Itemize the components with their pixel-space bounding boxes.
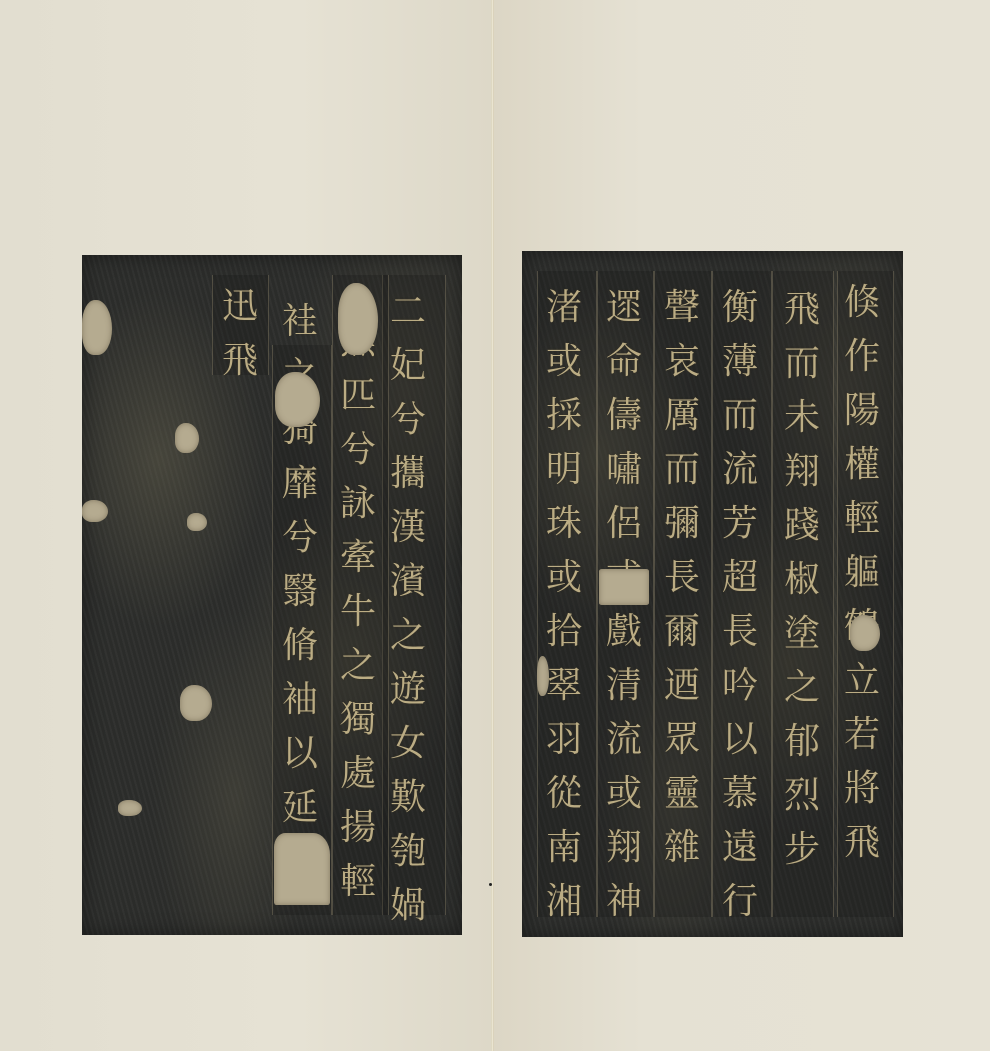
character: 雜 — [664, 821, 700, 875]
character: 翔 — [784, 445, 820, 499]
text-column-6: 渚 或 採 明 珠 或 拾 翠 羽 從 南 湘 — [546, 281, 582, 929]
character: 遊 — [390, 663, 426, 717]
character: 吟 — [722, 659, 758, 713]
character: 靡 — [282, 457, 318, 511]
damage-patch — [338, 283, 378, 355]
character: 採 — [546, 389, 582, 443]
character: 媧 — [390, 879, 426, 933]
damage-patch — [850, 615, 880, 651]
character: 超 — [722, 551, 758, 605]
text-column-4: 迅 飛 — [222, 280, 258, 388]
character: 迺 — [664, 659, 700, 713]
character: 匹 — [340, 369, 376, 423]
damage-patch — [274, 833, 330, 905]
character: 或 — [546, 551, 582, 605]
character: 之 — [390, 609, 426, 663]
character: 厲 — [664, 389, 700, 443]
right-rubbing-panel: 倏 作 陽 權 輕 軀 鶴 立 若 將 飛 飛 而 未 翔 踐 椒 塗 之 郁 … — [522, 251, 903, 937]
character: 濱 — [390, 555, 426, 609]
character: 歎 — [390, 771, 426, 825]
character: 翳 — [282, 565, 318, 619]
character: 烈 — [784, 769, 820, 823]
character: 聲 — [664, 281, 700, 335]
character: 拾 — [546, 605, 582, 659]
character: 流 — [722, 443, 758, 497]
damage-patch — [82, 300, 112, 355]
character: 輕 — [844, 492, 880, 546]
character: 處 — [340, 747, 376, 801]
character: 或 — [546, 335, 582, 389]
left-rubbing-panel: 二 妃 兮 攜 漢 濱 之 遊 女 歎 匏 媧 無 匹 兮 詠 牽 牛 之 獨 … — [82, 255, 462, 935]
character: 而 — [784, 337, 820, 391]
character: 明 — [546, 443, 582, 497]
damage-patch — [275, 372, 320, 427]
character: 行 — [722, 875, 758, 929]
damage-patch — [175, 423, 199, 453]
character: 袖 — [282, 673, 318, 727]
character: 未 — [784, 391, 820, 445]
text-column-3: 衡 薄 而 流 芳 超 長 吟 以 慕 遠 行 — [722, 281, 758, 929]
character: 兮 — [282, 511, 318, 565]
character: 之 — [784, 661, 820, 715]
character: 若 — [844, 708, 880, 762]
character: 南 — [546, 821, 582, 875]
character: 飛 — [784, 283, 820, 337]
text-column-4: 聲 哀 厲 而 彌 長 爾 迺 眾 靈 雜 — [664, 281, 700, 875]
character: 渚 — [546, 281, 582, 335]
character: 儔 — [606, 389, 642, 443]
character: 薄 — [722, 335, 758, 389]
character: 二 — [390, 285, 426, 339]
character: 羽 — [546, 713, 582, 767]
character: 從 — [546, 767, 582, 821]
character: 芳 — [722, 497, 758, 551]
character: 哀 — [664, 335, 700, 389]
text-column-1: 倏 作 陽 權 輕 軀 鶴 立 若 將 飛 — [844, 276, 880, 870]
character: 獨 — [340, 693, 376, 747]
character: 或 — [606, 767, 642, 821]
character: 遠 — [722, 821, 758, 875]
character: 郁 — [784, 715, 820, 769]
character: 兮 — [340, 423, 376, 477]
album-fold-line — [491, 0, 494, 1051]
character: 清 — [606, 659, 642, 713]
character: 慕 — [722, 767, 758, 821]
character: 延 — [282, 781, 318, 835]
character: 倏 — [844, 276, 880, 330]
character: 攜 — [390, 447, 426, 501]
character: 女 — [390, 717, 426, 771]
character: 以 — [722, 713, 758, 767]
character: 戲 — [606, 605, 642, 659]
character: 立 — [844, 654, 880, 708]
character: 權 — [844, 438, 880, 492]
character: 脩 — [282, 619, 318, 673]
character: 命 — [606, 335, 642, 389]
character: 妃 — [390, 339, 426, 393]
character: 飛 — [844, 816, 880, 870]
character: 匏 — [390, 825, 426, 879]
character: 靈 — [664, 767, 700, 821]
character: 袿 — [282, 295, 318, 349]
character: 嘯 — [606, 443, 642, 497]
damage-patch — [187, 513, 207, 531]
character: 翔 — [606, 821, 642, 875]
character: 流 — [606, 713, 642, 767]
character: 揚 — [340, 801, 376, 855]
character: 長 — [722, 605, 758, 659]
character: 長 — [664, 551, 700, 605]
character: 漢 — [390, 501, 426, 555]
character: 飛 — [222, 334, 258, 388]
damage-patch — [118, 800, 142, 816]
character: 以 — [282, 727, 318, 781]
character: 詠 — [340, 477, 376, 531]
text-column-2: 無 匹 兮 詠 牽 牛 之 獨 處 揚 輕 — [340, 315, 376, 909]
character: 軀 — [844, 546, 880, 600]
character: 之 — [340, 639, 376, 693]
character: 彌 — [664, 497, 700, 551]
character: 而 — [664, 443, 700, 497]
character: 湘 — [546, 875, 582, 929]
character: 步 — [784, 823, 820, 877]
text-column-1: 二 妃 兮 攜 漢 濱 之 遊 女 歎 匏 媧 — [390, 285, 426, 933]
paper-speck — [489, 883, 492, 886]
character: 侶 — [606, 497, 642, 551]
character: 神 — [606, 875, 642, 929]
character: 而 — [722, 389, 758, 443]
character: 遝 — [606, 281, 642, 335]
text-column-5: 遝 命 儔 嘯 侶 或 戲 清 流 或 翔 神 — [606, 281, 642, 929]
character: 踐 — [784, 499, 820, 553]
character: 翠 — [546, 659, 582, 713]
damage-patch — [82, 500, 108, 522]
character: 輕 — [340, 855, 376, 909]
character: 衡 — [722, 281, 758, 335]
character: 牽 — [340, 531, 376, 585]
character: 迅 — [222, 280, 258, 334]
character: 爾 — [664, 605, 700, 659]
character: 珠 — [546, 497, 582, 551]
text-column-2: 飛 而 未 翔 踐 椒 塗 之 郁 烈 步 — [784, 283, 820, 877]
damage-patch — [599, 569, 649, 605]
character: 作 — [844, 330, 880, 384]
character: 將 — [844, 762, 880, 816]
character: 塗 — [784, 607, 820, 661]
character: 眾 — [664, 713, 700, 767]
character: 陽 — [844, 384, 880, 438]
character: 兮 — [390, 393, 426, 447]
character: 牛 — [340, 585, 376, 639]
character: 椒 — [784, 553, 820, 607]
damage-patch — [180, 685, 212, 721]
damage-patch — [537, 656, 549, 696]
